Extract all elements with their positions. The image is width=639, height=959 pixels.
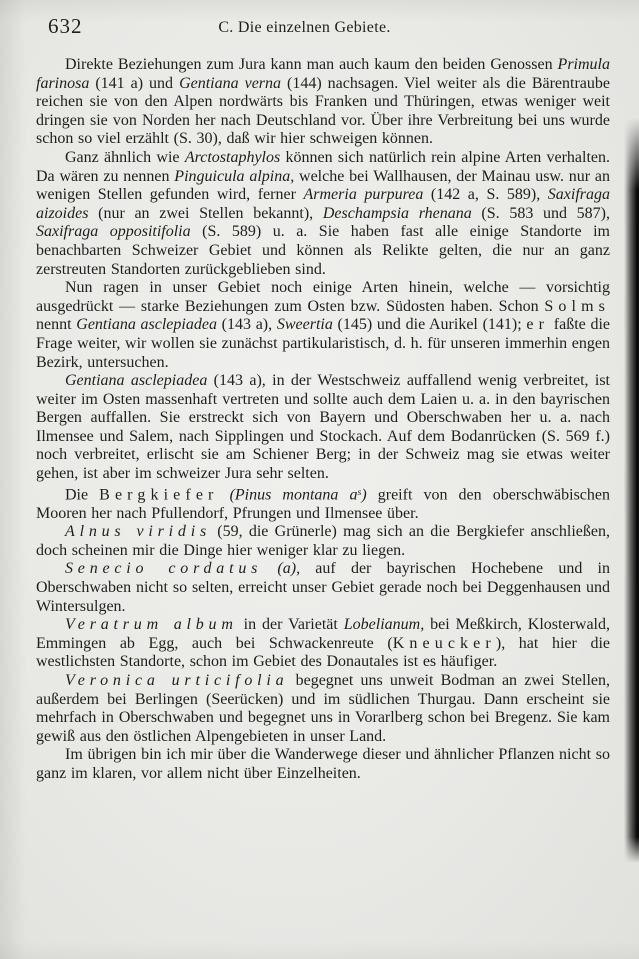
text-segment: (141 a) und bbox=[89, 75, 179, 92]
text-segment: Veronica urticifolia bbox=[65, 672, 288, 689]
running-header-title: C. Die einzelnen Gebiete. bbox=[0, 19, 609, 37]
paragraph: Veronica urticifolia begegnet uns unweit… bbox=[36, 672, 610, 746]
text-segment: Gentiana asclepiadea bbox=[65, 372, 207, 389]
text-segment: nennt bbox=[36, 316, 76, 333]
text-segment: Lobelianum, bbox=[344, 616, 424, 633]
text-segment: Nun ragen in unser Gebiet noch einige Ar… bbox=[36, 279, 610, 315]
paragraph: Alnus viridis (59, die Grünerle) mag sic… bbox=[36, 523, 610, 560]
text-segment: Direkte Beziehungen zum Jura kann man au… bbox=[65, 56, 558, 73]
page-body: Direkte Beziehungen zum Jura kann man au… bbox=[36, 56, 610, 784]
paragraph: Senecio cordatus (a), auf der bayrischen… bbox=[36, 560, 610, 616]
text-segment: Die bbox=[65, 486, 99, 503]
text-segment: Gentiana verna bbox=[179, 75, 281, 92]
text-segment: (Pinus montana a bbox=[230, 486, 358, 503]
text-segment: Gentiana asclepiadea bbox=[76, 316, 217, 333]
text-segment: Alnus viridis bbox=[65, 523, 211, 540]
text-segment: Kneucker bbox=[393, 635, 496, 652]
paragraph: Die Bergkiefer (Pinus montana as) greift… bbox=[36, 484, 610, 524]
scan-edge-shadow bbox=[624, 118, 639, 863]
text-segment: (142 a, S. 589), bbox=[423, 186, 547, 203]
text-segment: Saxifraga oppositifolia bbox=[36, 223, 191, 240]
text-segment: Arctostaphylos bbox=[185, 149, 280, 166]
text-segment: Solms bbox=[544, 298, 610, 315]
text-segment: (nur an zwei Stellen bekannt), bbox=[88, 205, 322, 222]
text-segment bbox=[219, 486, 230, 503]
text-segment: Sweertia bbox=[277, 316, 333, 333]
running-header: 632 C. Die einzelnen Gebiete. bbox=[0, 0, 639, 46]
text-segment: (S. 583 und 587), bbox=[472, 205, 610, 222]
text-segment: (145) und die Aurikel (141); bbox=[333, 316, 527, 333]
scanned-book-page: 632 C. Die einzelnen Gebiete. Direkte Be… bbox=[0, 0, 639, 959]
paragraph: Gentiana asclepiadea (143 a), in der Wes… bbox=[36, 372, 610, 484]
paragraph: Direkte Beziehungen zum Jura kann man au… bbox=[36, 56, 610, 149]
text-segment: Im übrigen bin ich mir über die Wanderwe… bbox=[36, 746, 610, 782]
text-segment: Veratrum album bbox=[65, 616, 238, 633]
text-segment: in der Varietät bbox=[238, 616, 344, 633]
text-segment: Senecio cordatus bbox=[65, 560, 262, 577]
paragraph: Ganz ähnlich wie Arctostaphylos können s… bbox=[36, 149, 610, 279]
paragraph: Nun ragen in unser Gebiet noch einige Ar… bbox=[36, 279, 610, 372]
text-segment: Pinguicula alpina, bbox=[174, 168, 294, 185]
text-segment: (143 a), bbox=[217, 316, 277, 333]
paragraph: Im übrigen bin ich mir über die Wanderwe… bbox=[36, 746, 610, 783]
text-segment: Armeria purpurea bbox=[303, 186, 423, 203]
text-segment: (a), bbox=[262, 560, 300, 577]
text-segment: Bergkiefer bbox=[99, 486, 218, 503]
text-segment: er bbox=[526, 316, 549, 333]
text-segment: Deschampsia rhenana bbox=[323, 205, 472, 222]
text-segment: Ganz ähnlich wie bbox=[65, 149, 185, 166]
paragraph: Veratrum album in der Varietät Lobelianu… bbox=[36, 616, 610, 672]
